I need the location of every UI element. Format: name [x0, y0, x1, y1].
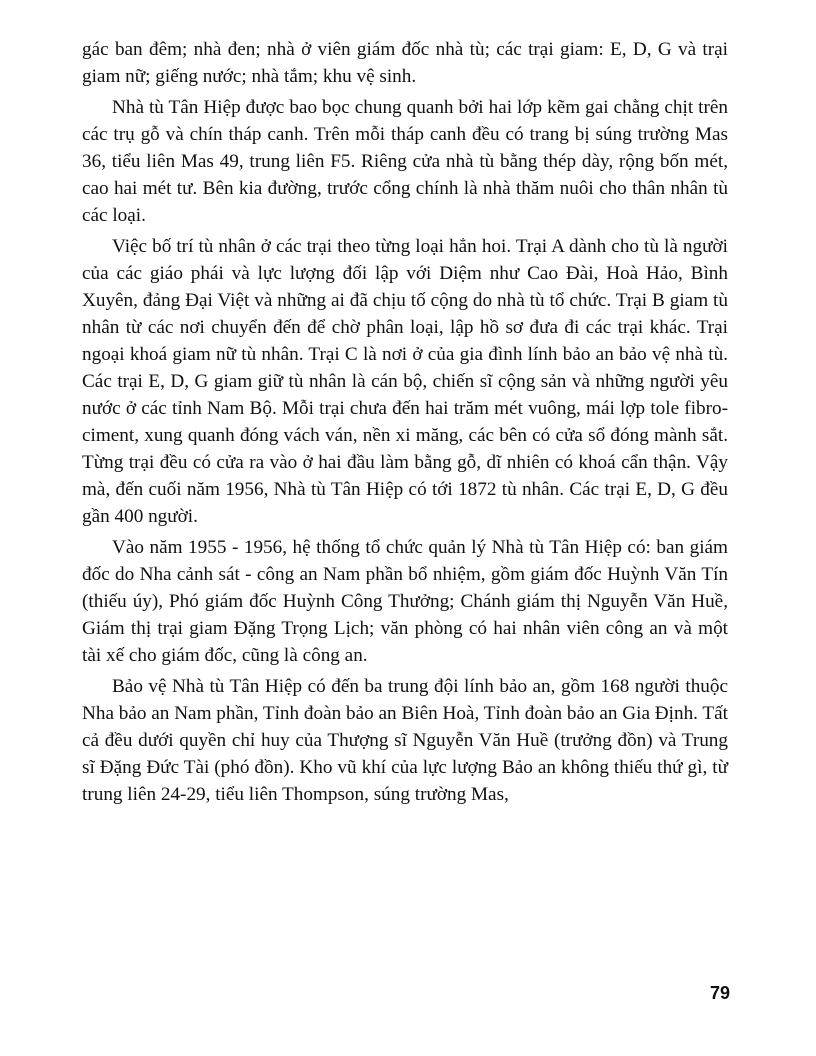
paragraph-camp-arrangement: Việc bố trí tù nhân ở các trại theo từng… — [82, 233, 728, 530]
paragraph-prison-fortifications: Nhà tù Tân Hiệp được bao bọc chung quanh… — [82, 94, 728, 229]
paragraph-security-forces: Bảo vệ Nhà tù Tân Hiệp có đến ba trung đ… — [82, 673, 728, 808]
paragraph-continuation: gác ban đêm; nhà đen; nhà ở viên giám đố… — [82, 36, 728, 90]
page-number: 79 — [696, 983, 730, 1004]
paragraph-management-structure: Vào năm 1955 - 1956, hệ thống tổ chức qu… — [82, 534, 728, 669]
page-body: gác ban đêm; nhà đen; nhà ở viên giám đố… — [82, 36, 728, 808]
